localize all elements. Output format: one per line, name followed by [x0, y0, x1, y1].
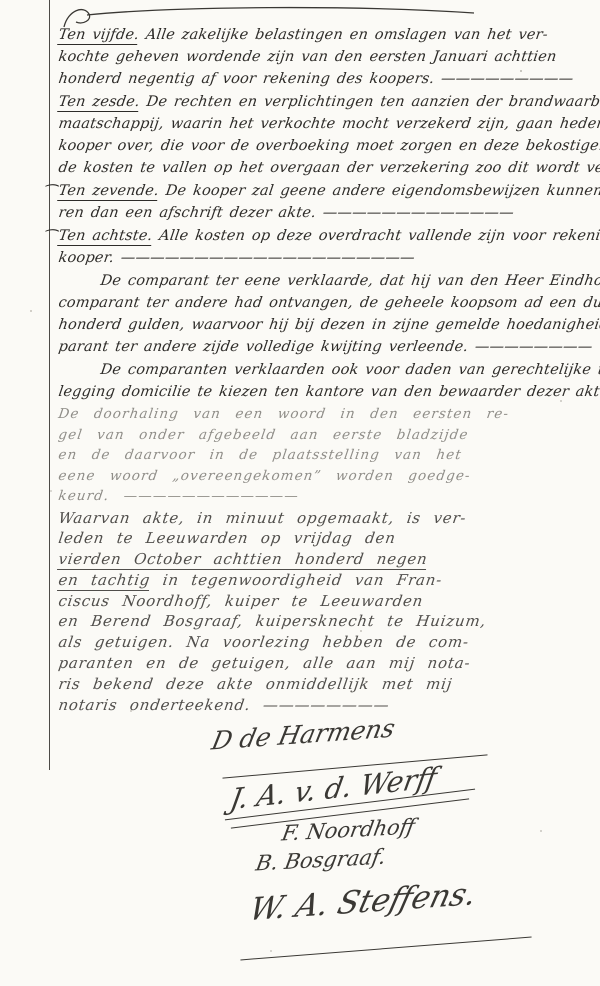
deed-text-segment: als getuigen. Na voorlezing hebben de co… [57, 633, 470, 651]
document-page: Ten vijfde. Alle zakelijke belastingen e… [0, 0, 600, 986]
deed-text: Ten vijfde. Alle zakelijke belastingen e… [57, 24, 590, 716]
deed-line: Ten zevende. De kooper zal geene andere … [57, 180, 593, 202]
deed-line: eene woord „overeengekomen” worden goedg… [57, 466, 530, 487]
signature: B. Bosgraaf. [254, 844, 388, 875]
deed-line: Waarvan akte, in minuut opgemaakt, is ve… [57, 508, 510, 529]
deed-text-segment: Waarvan akte, in minuut opgemaakt, is ve… [57, 509, 467, 527]
deed-text-segment: ciscus Noordhoff, kuiper te Leeuwarden [57, 592, 424, 610]
deed-text-segment: leden te Leeuwarden op vrijdag den [57, 529, 397, 547]
deed-line: honderd gulden, waarvoor hij bij dezen i… [57, 314, 593, 336]
deed-line: ciscus Noordhoff, kuiper te Leeuwarden [57, 591, 510, 612]
deed-paragraph: De doorhaling van een woord in den eerst… [57, 404, 527, 507]
deed-paragraph: Ten achtste. Alle kosten op deze overdra… [57, 225, 590, 269]
deed-line: honderd negentig af voor rekening des ko… [57, 68, 593, 90]
deed-line: kooper. ———————————————————— [57, 247, 593, 269]
deed-text-segment: kooper over, die voor de overboeking moe… [57, 138, 600, 154]
deed-paragraph: Ten zesde. De rechten en verplichtingen … [57, 91, 590, 179]
deed-line: leden te Leeuwarden op vrijdag den [57, 528, 510, 549]
deed-line: gel van onder afgebeeld aan eerste bladz… [57, 425, 530, 446]
deed-line: De comparant ter eene verklaarde, dat hi… [57, 270, 593, 292]
deed-text-segment: de kosten te vallen op het overgaan der … [57, 160, 600, 176]
deed-text-segment: Alle kosten op deze overdracht vallende … [151, 228, 600, 244]
deed-line: keurd. ———————————— [57, 486, 530, 507]
deed-text-underlined: Ten vijfde. [57, 27, 140, 45]
deed-paragraph: De comparanten verklaarden ook voor dade… [57, 359, 590, 403]
deed-text-segment: De doorhaling van een woord in den eerst… [57, 406, 510, 422]
deed-text-segment: paranten en de getuigen, alle aan mij no… [57, 654, 471, 672]
deed-text-underlined: en tachtig [57, 571, 152, 591]
deed-line: ren dan een afschrift dezer akte. ——————… [57, 202, 593, 224]
deed-line: De doorhaling van een woord in den eerst… [57, 404, 530, 425]
signature: J. A. v. d. Werff [228, 761, 440, 816]
deed-line: De comparanten verklaarden ook voor dade… [57, 359, 593, 381]
deed-line: kochte geheven wordende zijn van den eer… [57, 46, 593, 68]
deed-text-underlined: Ten zevende. [57, 183, 160, 201]
deed-line: en de daarvoor in de plaatsstelling van … [57, 445, 530, 466]
deed-line: legging domicilie te kiezen ten kantore … [57, 381, 593, 403]
deed-text-segment: De comparanten verklaarden ook voor dade… [99, 362, 600, 378]
deed-line: en tachtig in tegenwoordigheid van Fran- [57, 570, 510, 591]
deed-text-underlined: Ten achtste. [57, 228, 153, 246]
deed-text-segment: keurd. ———————————— [57, 488, 300, 504]
deed-text-segment: De kooper zal geene andere eigendomsbewi… [158, 183, 600, 199]
deed-text-segment: notaris onderteekend. ———————— [57, 696, 391, 714]
deed-text-underlined: vierden October achttien honderd negen [57, 550, 429, 570]
deed-text-segment: honderd negentig af voor rekening des ko… [57, 71, 574, 87]
deed-text-segment: kooper. ———————————————————— [57, 250, 416, 266]
deed-text-segment: kochte geheven wordende zijn van den eer… [57, 49, 557, 65]
deed-text-segment: eene woord „overeengekomen” worden goedg… [57, 468, 471, 484]
deed-paragraph: De comparant ter eene verklaarde, dat hi… [57, 270, 590, 358]
deed-paragraph: Ten zevende. De kooper zal geene andere … [57, 180, 590, 224]
deed-line: als getuigen. Na voorlezing hebben de co… [57, 632, 510, 653]
deed-text-segment: De rechten en verplichtingen ten aanzien… [139, 94, 600, 110]
deed-line: kooper over, die voor de overboeking moe… [57, 135, 593, 157]
deed-line: Ten vijfde. Alle zakelijke belastingen e… [57, 24, 593, 46]
deed-text-segment: in tegenwoordigheid van Fran- [149, 571, 443, 589]
deed-paragraph: Waarvan akte, in minuut opgemaakt, is ve… [57, 508, 507, 716]
deed-line: paranten en de getuigen, alle aan mij no… [57, 653, 510, 674]
deed-text-underlined: Ten zesde. [57, 94, 141, 112]
signature-block: D de HarmensJ. A. v. d. WerffF. Noordhof… [0, 712, 600, 972]
deed-line: vierden October achttien honderd negen [57, 549, 510, 570]
deed-line: ris bekend deze akte onmiddellijk met mi… [57, 674, 510, 695]
deed-text-segment: gel van onder afgebeeld aan eerste bladz… [57, 427, 469, 443]
deed-text-segment: Alle zakelijke belastingen en omslagen v… [138, 27, 549, 43]
deed-text-segment: maatschappij, waarin het verkochte mocht… [57, 116, 600, 132]
deed-text-segment: en de daarvoor in de plaatsstelling van … [57, 447, 463, 463]
signature: W. A. Steffens. [246, 876, 481, 929]
margin-rule [49, 0, 50, 770]
deed-text-segment: legging domicilie te kiezen ten kantore … [57, 384, 600, 400]
deed-line: comparant ter andere had ontvangen, de g… [57, 292, 593, 314]
deed-paragraph: Ten vijfde. Alle zakelijke belastingen e… [57, 24, 590, 90]
deed-line: Ten achtste. Alle kosten op deze overdra… [57, 225, 593, 247]
deed-text-segment: parant ter andere zijde volledige kwijti… [57, 339, 593, 355]
deed-line: de kosten te vallen op het overgaan der … [57, 157, 593, 179]
deed-text-segment: en Berend Bosgraaf, kuipersknecht te Hui… [57, 612, 487, 630]
deed-text-segment: ris bekend deze akte onmiddellijk met mi… [57, 675, 453, 693]
signature-flourish [240, 937, 531, 961]
deed-line: maatschappij, waarin het verkochte mocht… [57, 113, 593, 135]
deed-line: en Berend Bosgraaf, kuipersknecht te Hui… [57, 611, 510, 632]
deed-line: parant ter andere zijde volledige kwijti… [57, 336, 593, 358]
signature: D de Harmens [209, 713, 398, 755]
deed-text-segment: ren dan een afschrift dezer akte. ——————… [57, 205, 515, 221]
deed-line: Ten zesde. De rechten en verplichtingen … [57, 91, 593, 113]
deed-text-segment: comparant ter andere had ontvangen, de g… [57, 295, 600, 311]
deed-text-segment: De comparant ter eene verklaarde, dat hi… [99, 273, 600, 289]
deed-text-segment: honderd gulden, waarvoor hij bij dezen i… [57, 317, 600, 333]
